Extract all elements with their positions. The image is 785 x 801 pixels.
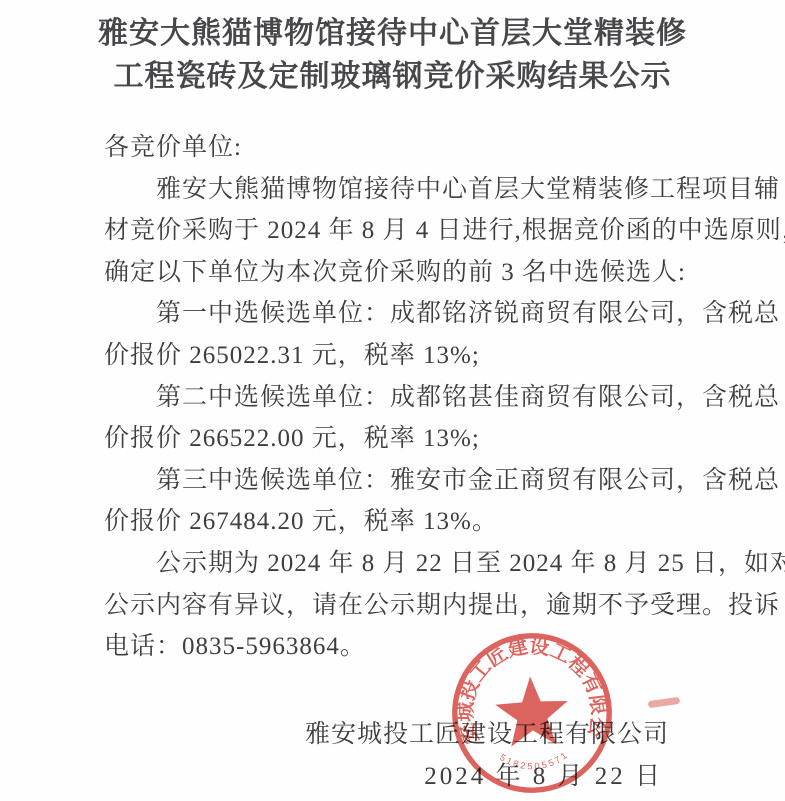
document-text-line: 第三中选候选单位：雅安市金正商贸有限公司，含税总 [104, 460, 694, 502]
document-text-line: 价报价 266522.00 元，税率 13%; [104, 418, 694, 460]
document-text-line: 材竞价采购于 2024 年 8 月 4 日进行,根据竞价函的中选原则， [104, 210, 694, 252]
seal-star-icon [494, 675, 570, 748]
document-text-line: 公示内容有异议，请在公示期内提出，逾期不予受理。投诉 [104, 585, 694, 627]
document-text-line: 价报价 265022.31 元，税率 13%; [104, 335, 694, 377]
seal-ink-smudge [648, 697, 681, 708]
seal-serial-number: 5182505571 [498, 749, 572, 774]
document-title-line2: 工程瓷砖及定制玻璃钢竞价采购结果公示 [0, 55, 785, 98]
document-text-line: 各竞价单位: [104, 127, 694, 169]
document-text-line: 价报价 267484.20 元，税率 13%。 [104, 501, 694, 543]
document-text-line: 第一中选候选单位：成都铭济锐商贸有限公司，含税总 [104, 293, 694, 335]
document-title-line1: 雅安大熊猫博物馆接待中心首层大堂精装修 [0, 12, 785, 55]
document-text-line: 第二中选候选单位：成都铭甚佳商贸有限公司，含税总 [104, 377, 694, 419]
document-title: 雅安大熊猫博物馆接待中心首层大堂精装修 工程瓷砖及定制玻璃钢竞价采购结果公示 [0, 12, 785, 98]
document-page: 雅安大熊猫博物馆接待中心首层大堂精装修 工程瓷砖及定制玻璃钢竞价采购结果公示 各… [0, 0, 785, 801]
document-text-line: 雅安大熊猫博物馆接待中心首层大堂精装修工程项目辅 [104, 169, 694, 211]
seal-graphic: 雅安城投工匠建设工程有限公司 5182505571 [445, 626, 619, 800]
document-text-line: 公示期为 2024 年 8 月 22 日至 2024 年 8 月 25 日，如对 [104, 543, 694, 585]
document-text-line: 确定以下单位为本次竞价采购的前 3 名中选候选人: [104, 252, 694, 294]
company-seal-stamp: 雅安城投工匠建设工程有限公司 5182505571 [445, 626, 619, 800]
document-body: 各竞价单位:雅安大熊猫博物馆接待中心首层大堂精装修工程项目辅材竞价采购于 202… [104, 127, 694, 668]
